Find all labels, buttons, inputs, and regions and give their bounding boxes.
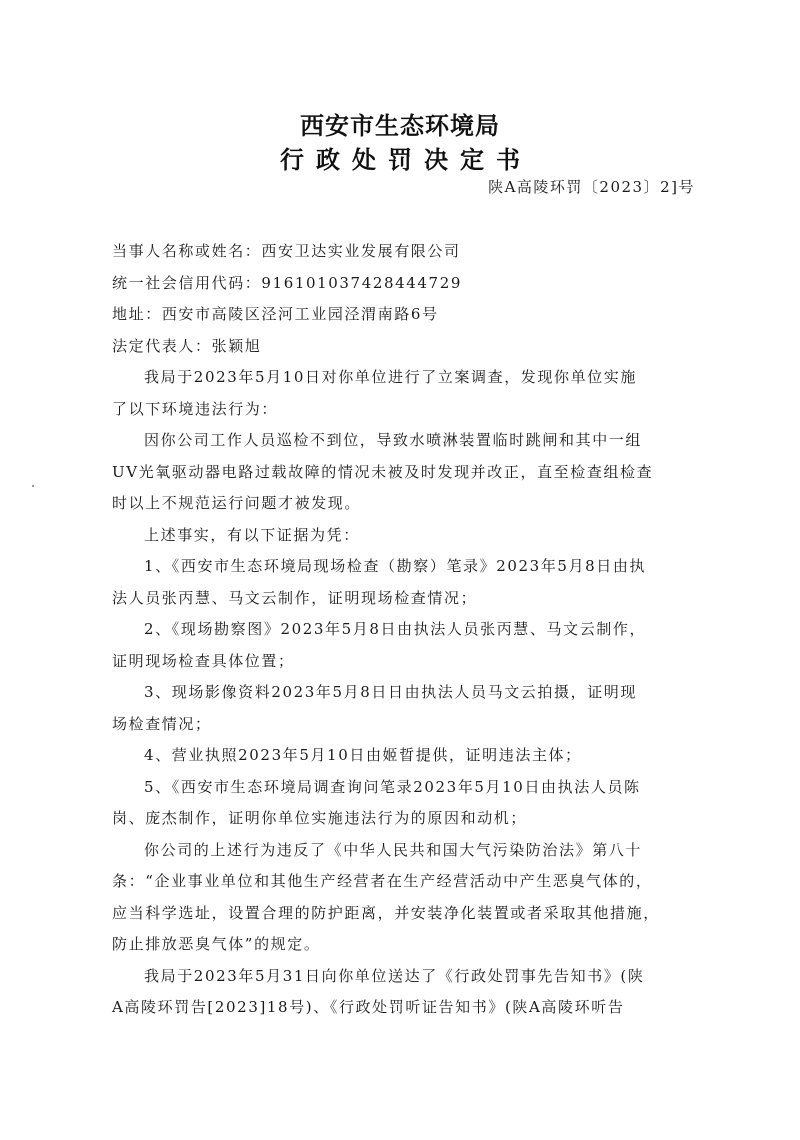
evidence-item-1-cont: 法人员张丙慧、马文云制作，证明现场检查情况； bbox=[112, 583, 687, 615]
party-name-row: 当事人名称或姓名：西安卫达实业发展有限公司 bbox=[112, 236, 687, 268]
paragraph-line: 我局于2023年5月10日对你单位进行了立案调查，发现你单位实施 bbox=[112, 362, 687, 394]
credit-code-row: 统一社会信用代码：916101037428444729 bbox=[112, 268, 687, 300]
document-page: 西安市生态环境局 行政处罚决定书 陕A高陵环罚〔2023〕2]号 当事人名称或姓… bbox=[0, 0, 800, 1140]
credit-code-value: 916101037428444729 bbox=[261, 274, 462, 292]
address-label: 地址： bbox=[112, 305, 162, 323]
agency-title: 西安市生态环境局 bbox=[0, 106, 800, 141]
legal-rep-label: 法定代表人： bbox=[112, 337, 212, 355]
legal-rep-value: 张颖旭 bbox=[212, 337, 262, 355]
party-name-label: 当事人名称或姓名： bbox=[112, 242, 261, 260]
paragraph-line: 我局于2023年5月31日向你单位送达了《行政处罚事先告知书》(陕 bbox=[112, 961, 687, 993]
evidence-item-3: 3、现场影像资料2023年5月8日日由执法人员马文云拍摄，证明现 bbox=[112, 677, 687, 709]
paragraph-line: 防止排放恶臭气体”的规定。 bbox=[112, 929, 687, 961]
legal-rep-row: 法定代表人：张颖旭 bbox=[112, 331, 687, 363]
paragraph-line: UV光氧驱动器电路过载故障的情况未被及时发现并改正，直至检查组检查 bbox=[112, 457, 687, 489]
address-value: 西安市高陵区泾河工业园泾渭南路6号 bbox=[162, 305, 439, 323]
paragraph-line: 因你公司工作人员巡检不到位，导致水喷淋装置临时跳闸和其中一组 bbox=[112, 425, 687, 457]
evidence-item-4: 4、营业执照2023年5月10日由姬晢提供，证明违法主体； bbox=[112, 740, 687, 772]
credit-code-label: 统一社会信用代码： bbox=[112, 274, 261, 292]
evidence-item-3-cont: 场检查情况； bbox=[112, 709, 687, 741]
paragraph-line: 了以下环境违法行为： bbox=[112, 394, 687, 426]
paragraph-line: A高陵环罚告[2023]18号)、《行政处罚听证告知书》(陕A高陵环听告 bbox=[112, 992, 687, 1024]
paragraph-line: 应当科学选址，设置合理的防护距离，并安装净化装置或者采取其他措施， bbox=[112, 898, 687, 930]
document-type-title: 行政处罚决定书 bbox=[0, 140, 800, 175]
evidence-item-5-cont: 岗、庞杰制作，证明你单位实施违法行为的原因和动机； bbox=[112, 803, 687, 835]
evidence-item-1: 1、《西安市生态环境局现场检查（勘察）笔录》2023年5月8日由执 bbox=[112, 551, 687, 583]
paragraph-line: 你公司的上述行为违反了《中华人民共和国大气污染防治法》第八十 bbox=[112, 835, 687, 867]
document-body: 当事人名称或姓名：西安卫达实业发展有限公司 统一社会信用代码：916101037… bbox=[112, 236, 687, 1024]
paragraph-line: 条：“企业事业单位和其他生产经营者在生产经营活动中产生恶臭气体的， bbox=[112, 866, 687, 898]
evidence-item-5: 5、《西安市生态环境局调查询问笔录2023年5月10日由执法人员陈 bbox=[112, 772, 687, 804]
address-row: 地址：西安市高陵区泾河工业园泾渭南路6号 bbox=[112, 299, 687, 331]
evidence-item-2-cont: 证明现场检查具体位置； bbox=[112, 646, 687, 678]
evidence-item-2: 2、《现场勘察图》2023年5月8日由执法人员张丙慧、马文云制作， bbox=[112, 614, 687, 646]
paragraph-line: 上述事实，有以下证据为凭： bbox=[112, 520, 687, 552]
paragraph-line: 时以上不规范运行问题才被发现。 bbox=[112, 488, 687, 520]
document-number: 陕A高陵环罚〔2023〕2]号 bbox=[488, 176, 695, 197]
scan-speck bbox=[32, 485, 34, 487]
party-name-value: 西安卫达实业发展有限公司 bbox=[261, 242, 460, 260]
